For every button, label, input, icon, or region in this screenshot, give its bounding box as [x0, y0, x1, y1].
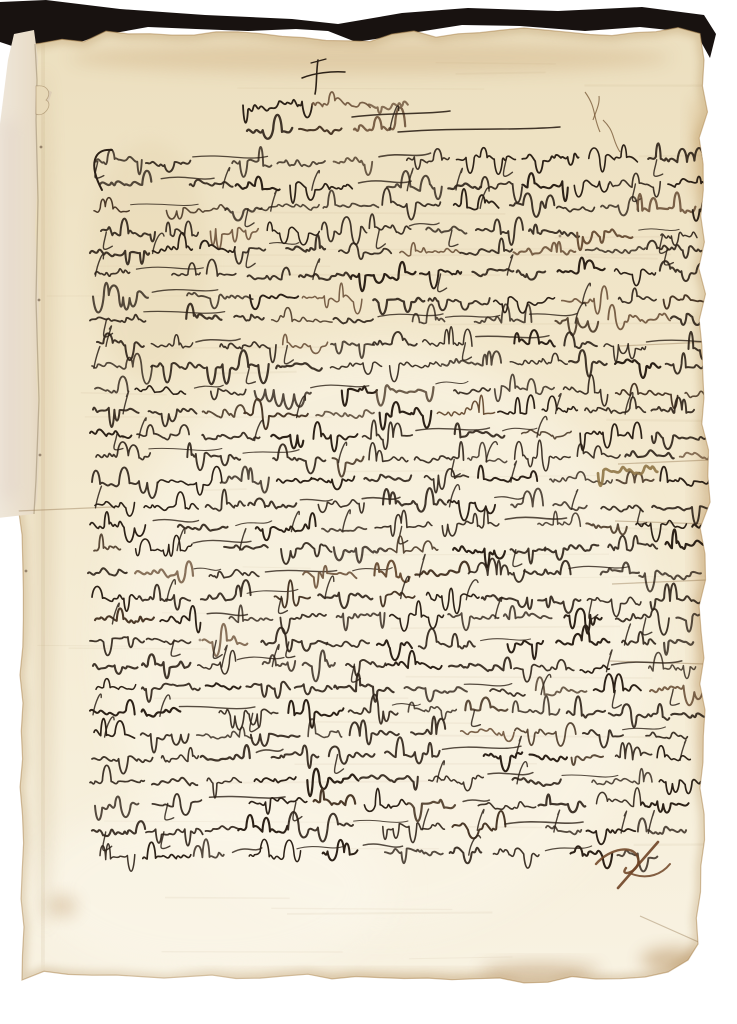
manuscript-svg: [0, 0, 737, 1024]
paper-stain: [691, 95, 709, 205]
paper-stain: [695, 420, 711, 780]
sewing-speck: [39, 454, 42, 457]
sewing-speck: [199, 639, 202, 642]
sewing-speck: [559, 235, 562, 238]
paper-flap: [36, 86, 49, 115]
paper-stain: [480, 963, 600, 979]
sewing-speck: [38, 299, 41, 302]
manuscript-photo: [0, 0, 737, 1024]
paper-stain: [70, 42, 670, 74]
neighbor-page-shading: [0, 120, 18, 500]
sewing-speck: [40, 146, 43, 149]
sewing-speck: [25, 570, 28, 573]
gutter-fold-shadow: [42, 46, 44, 965]
paper-stain: [47, 895, 77, 917]
